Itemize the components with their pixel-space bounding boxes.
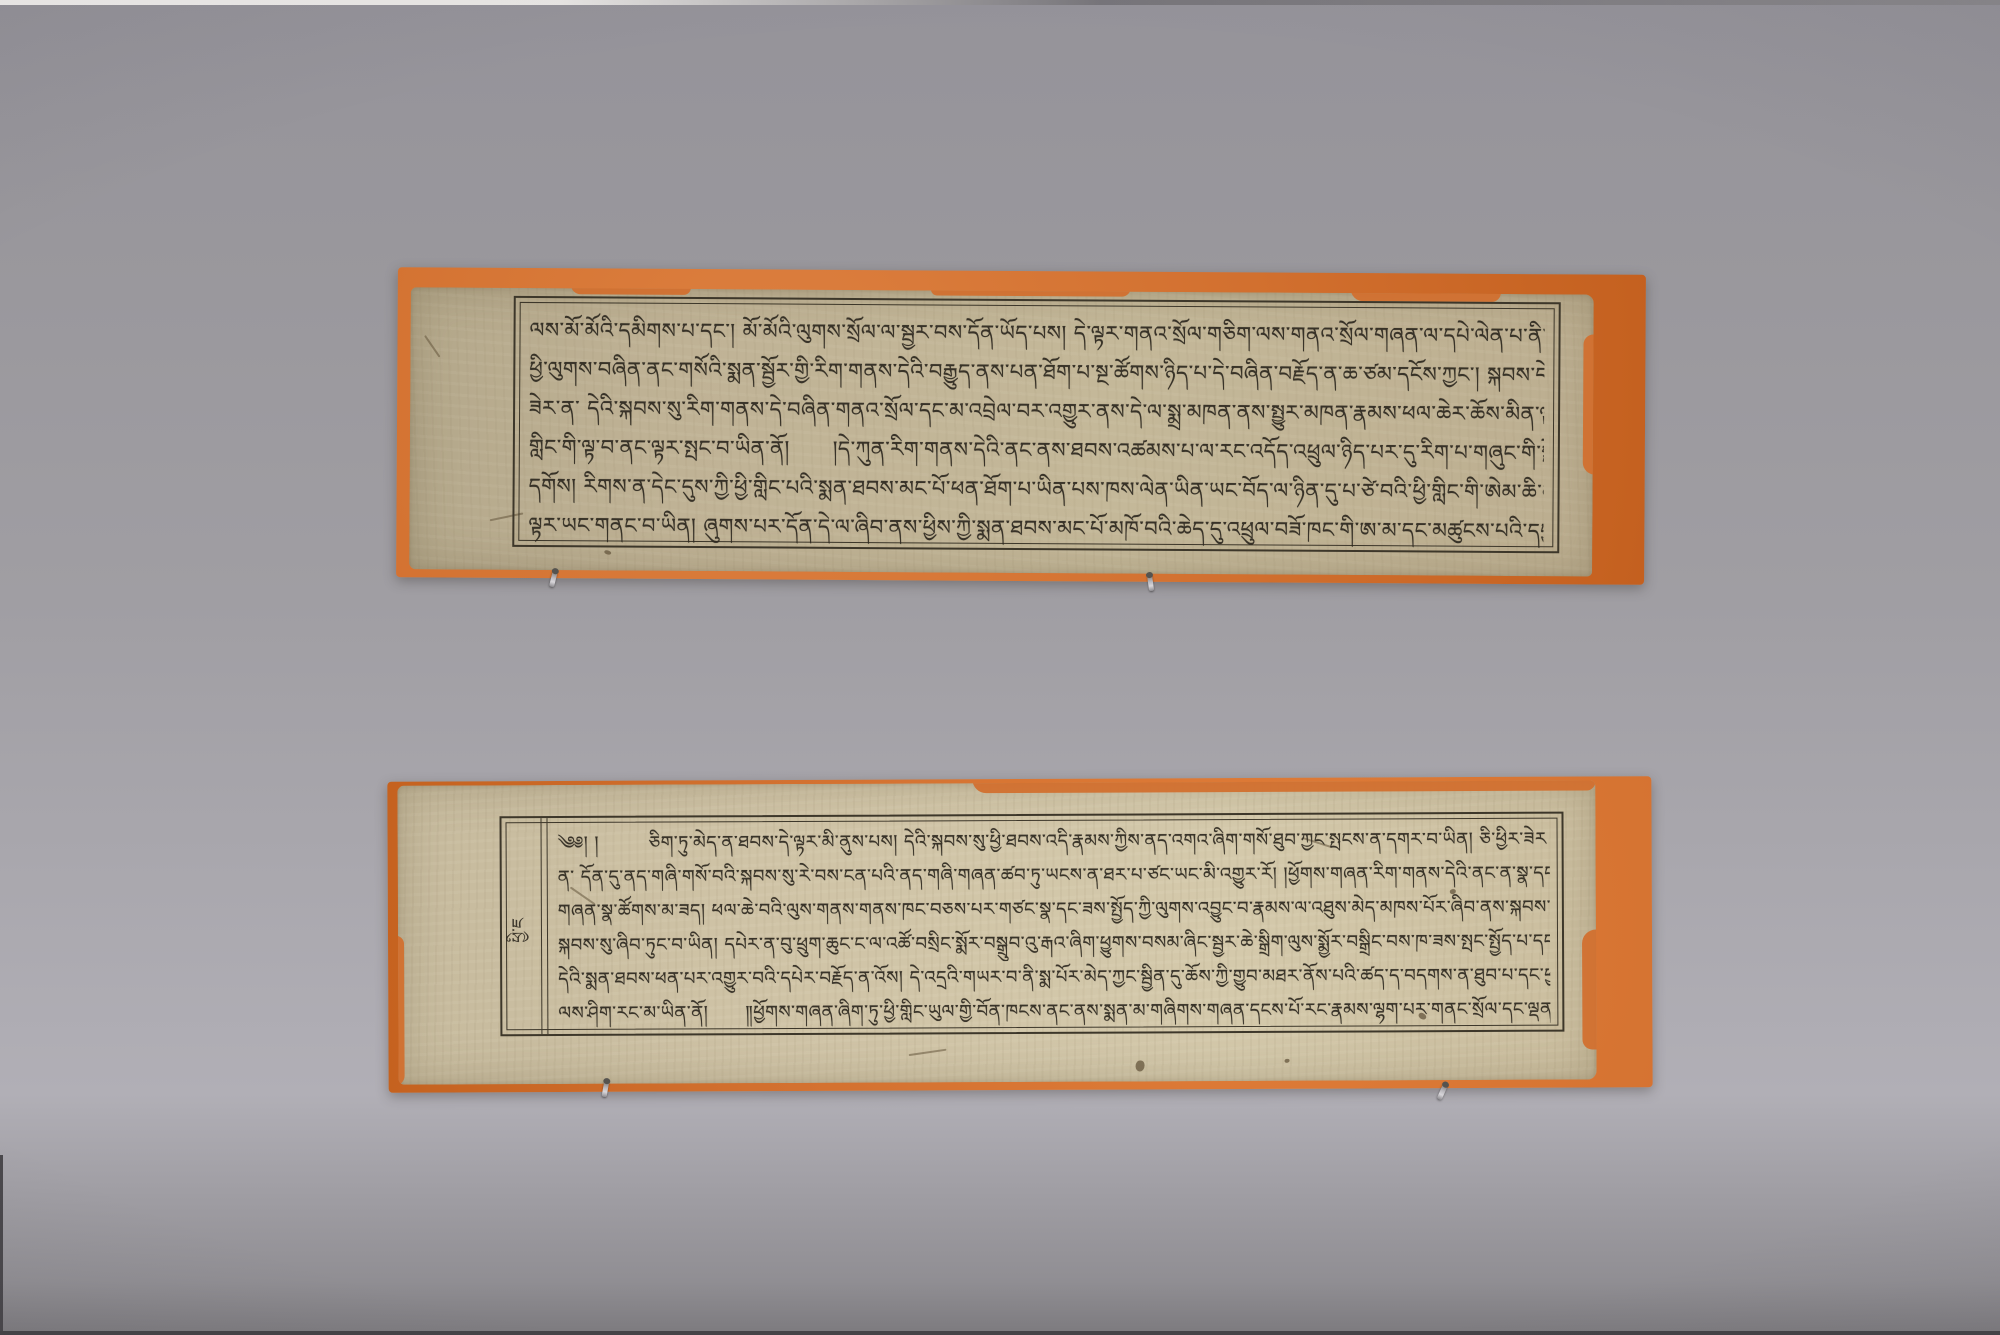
orange-dye-blob <box>571 287 691 295</box>
backdrop-bottom-edge <box>0 1331 2000 1335</box>
text-line-6: ལྟར་ཡང་གནང་བ་ཡིན། ཞུགས་པར་དོན་དེ་ལ་ཞིབ་ན… <box>528 506 1543 551</box>
orange-dye-blob <box>1582 929 1597 1049</box>
orange-dye-blob <box>972 780 1595 793</box>
text-block-bottom: ༄༅། ། ཅིག་ཏུ་མེད་ན་ཐབས་དེ་ལྟར་མི་ནུས་པས།… <box>547 814 1562 1034</box>
leaf-bottom-paper: ཕྱི་ཇ ༄༅། ། ཅིག་ཏུ་མེད་ན་ཐབས་དེ་ལྟར་མི་ན… <box>397 780 1596 1084</box>
text-line-4: གླིང་གི་ལྟ་བ་ནང་ལྟར་སྤང་བ་ཡིན་ནོ། །དེ་ཀུ… <box>529 428 1544 473</box>
text-line-4: སྐབས་སུ་ཞིབ་ཏུང་བ་ཡིན། དཔེར་ན་བུ་ཕྲུག་ཆུ… <box>558 925 1550 963</box>
paper-fiber <box>424 335 440 357</box>
manuscript-leaf-top: ལས་མོ་མོའི་དམིགས་པ་དང་། མོ་མོའི་ལུགས་སྲོ… <box>396 267 1646 585</box>
margin-title-label: ཕྱི་ཇ <box>499 895 547 965</box>
backdrop-top-edge <box>0 0 2000 5</box>
photograph-of-tibetan-manuscript: ལས་མོ་མོའི་དམིགས་པ་དང་། མོ་མོའི་ལུགས་སྲོ… <box>0 0 2000 1335</box>
text-line-3: གཞན་སྣ་ཚོགས་མ་ཟད། ཕལ་ཆེ་བའི་ལུས་གནས་གནས་… <box>558 891 1550 929</box>
orange-dye-blob <box>1351 289 1501 302</box>
paper-fiber <box>909 1049 947 1056</box>
text-line-2: ཕྱི་ལུགས་བཞིན་ནང་གསོའི་སྨན་སྦྱོར་གྱི་རིག… <box>529 350 1544 395</box>
manuscript-leaf-bottom: ཕྱི་ཇ ༄༅། ། ཅིག་ཏུ་མེད་ན་ཐབས་དེ་ལྟར་མི་ན… <box>387 776 1652 1093</box>
orange-dye-blob <box>1583 334 1594 474</box>
text-line-3: ཟེར་ན་ དེའི་སྐབས་སུ་རིག་གནས་དེ་བཞིན་གནའ་… <box>529 389 1544 434</box>
backdrop-left-edge <box>0 1155 3 1335</box>
text-line-1: ལས་མོ་མོའི་དམིགས་པ་དང་། མོ་མོའི་ལུགས་སྲོ… <box>529 311 1544 356</box>
orange-dye-blob <box>931 287 1131 296</box>
text-line-1: ༄༅། ། ཅིག་ཏུ་མེད་ན་ཐབས་དེ་ལྟར་མི་ནུས་པས།… <box>558 823 1550 861</box>
paper-speck <box>1136 1060 1145 1071</box>
margin-title-column: ཕྱི་ཇ <box>501 818 548 1034</box>
text-line-6: ལས་ཤིག་རང་མ་ཡིན་ནོ། ༎ཕྱོགས་གཞན་ཞིག་ཏུ་ཕྱ… <box>558 993 1550 1031</box>
text-line-5: དགོས། རིགས་ན་དེང་དུས་ཀྱི་ཕྱི་གླིང་པའི་སྨ… <box>529 467 1544 512</box>
leaf-top-paper: ལས་མོ་མོའི་དམིགས་པ་དང་། མོ་མོའི་ལུགས་སྲོ… <box>409 287 1594 576</box>
text-block-top: ལས་མོ་མོའི་དམིགས་པ་དང་། མོ་མོའི་ལུགས་སྲོ… <box>514 298 1558 551</box>
orange-dye-blob <box>397 936 404 1085</box>
paper-speck <box>1285 1059 1290 1063</box>
printed-text-frame-bottom: ཕྱི་ཇ ༄༅། ། ཅིག་ཏུ་མེད་ན་ཐབས་དེ་ལྟར་མི་ན… <box>499 812 1564 1037</box>
text-line-5: དེའི་སྨན་ཐབས་ཕན་པར་འགྱུར་བའི་དཔེར་བརྗོད་… <box>558 959 1550 997</box>
printed-text-frame-top: ལས་མོ་མོའི་དམིགས་པ་དང་། མོ་མོའི་ལུགས་སྲོ… <box>512 296 1561 553</box>
paper-speck <box>604 549 612 555</box>
text-line-2: ན་ དོན་དུ་ནད་གཞི་གསོ་བའི་སྐབས་སུ་རེ་བས་ང… <box>558 857 1550 895</box>
